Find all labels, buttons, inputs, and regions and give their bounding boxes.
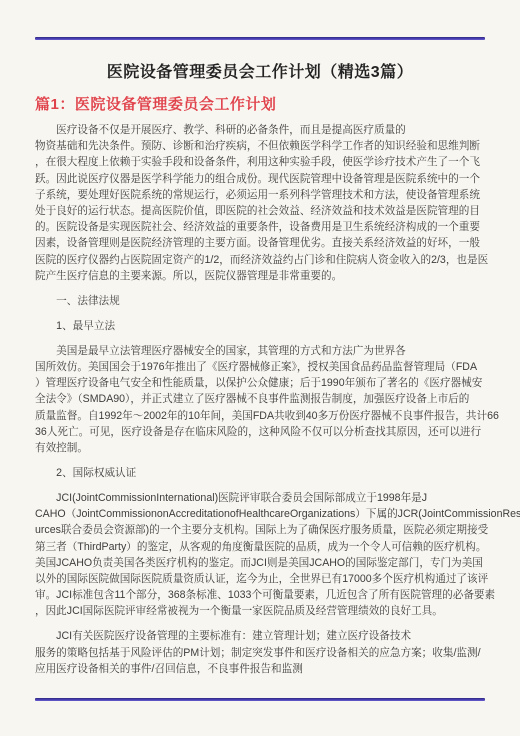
text-line: 质量监督。自1992年～2002年的10年间，美国FDA共收到40多万份医疗器械… [35, 408, 485, 424]
text-line: 国所效仿。美国国会于1976年推出了《医疗器械修正案》，授权美国食品药品监督管理… [35, 359, 485, 375]
text-line: 以外的国际医院做国际医院质量资质认证，迄今为止，全世界已有17000多个医疗机构… [35, 571, 485, 587]
top-divider [35, 37, 485, 40]
text-line: 一、法律法规 [35, 293, 485, 309]
text-line: 2、国际权威认证 [35, 465, 485, 481]
section-1-heading: 篇1：医院设备管理委员会工作计划 [35, 95, 485, 115]
paragraph: 1、最早立法 [35, 318, 485, 334]
document-page: 医院设备管理委员会工作计划（精选3篇） 篇1：医院设备管理委员会工作计划 医疗设… [0, 0, 520, 736]
text-line: 36人死亡。可见，医疗设备是存在临床风险的，这种风险不仅可以分析查找其原因，还可… [35, 424, 485, 440]
paragraph: 2、国际权威认证 [35, 465, 485, 481]
text-line: 应用医疗设备相关的事件/召回信息，不良事件报告和监测 [35, 661, 485, 677]
paragraph: JCI有关医院医疗设备管理的主要标准有：建立管理计划；建立医疗设备技术服务的策略… [35, 628, 485, 677]
text-line: 因素，设备管理则是医院经济管理的主要方面。设备管理优劣。直接关系经济效益的好坏，… [35, 235, 485, 251]
text-line: 有效控制。 [35, 440, 485, 456]
text-line: 美国是最早立法管理医疗器械安全的国家，其管理的方式和方法广为世界各 [35, 343, 485, 359]
text-line: ）管理医疗设备电气安全和性能质量，以保护公众健康；后于1990年颁布了著名的《医… [35, 375, 485, 391]
doc-title: 医院设备管理委员会工作计划（精选3篇） [35, 61, 485, 84]
text-line: 全法令》（SMDA90），并正式建立了医疗器械不良事件监测报告制度，加强医疗设备… [35, 391, 485, 407]
text-line: 的。医院设备是实现医院社会、经济效益的重要条件，设备费用是卫生系统经济构成的一个… [35, 219, 485, 235]
text-line: 服务的策略包括基于风险评估的PM计划；制定突发事件和医疗设备相关的应急方案；收集… [35, 645, 485, 661]
text-line: 美国JCAHO负责美国各类医疗机构的鉴定。而JCI则是美国JCAHO的国际鉴定部… [35, 555, 485, 571]
text-line: 第三者（ThirdParty）的鉴定，从客观的角度衡量医院的品质，成为一个令人可… [35, 539, 485, 555]
bottom-divider [35, 698, 485, 701]
text-line: 子系统，要处理好医院系统的常规运行，必须运用一系列科学管理技术和方法，使设备管理… [35, 187, 485, 203]
paragraph: 医疗设备不仅是开展医疗、教学、科研的必备条件，而且是提高医疗质量的物资基础和先决… [35, 122, 485, 284]
text-line: CAHO（JointCommissiononAccreditationofHea… [35, 506, 485, 522]
text-line: 医疗设备不仅是开展医疗、教学、科研的必备条件，而且是提高医疗质量的 [35, 122, 485, 138]
text-line: ，因此JCI国际医院评审经常被视为一个衡量一家医院品质及经营管理绩效的良好工具。 [35, 603, 485, 619]
text-line: 审。JCI标准包含11个部分，368条标准、1033个可衡量要素，几近包含了所有… [35, 587, 485, 603]
text-line: 跃。因此说医疗仪器是医学科学能力的组合成份。现代医院管理中设备管理是医院系统中的… [35, 171, 485, 187]
text-line: ，在很大程度上依赖于实验手段和设备条件，利用这种实验手段，使医学诊疗技术产生了一… [35, 154, 485, 170]
text-line: 处于良好的运行状态。提高医院价值，即医院的社会效益、经济效益和技术效益是医院管理… [35, 203, 485, 219]
paragraph: JCI(JointCommissionInternational)医院评审联合委… [35, 490, 485, 620]
text-line: JCI(JointCommissionInternational)医院评审联合委… [35, 490, 485, 506]
paragraph: 一、法律法规 [35, 293, 485, 309]
text-line: 1、最早立法 [35, 318, 485, 334]
article-body: 医疗设备不仅是开展医疗、教学、科研的必备条件，而且是提高医疗质量的物资基础和先决… [35, 122, 485, 677]
paragraph: 美国是最早立法管理医疗器械安全的国家，其管理的方式和方法广为世界各国所效仿。美国… [35, 343, 485, 456]
text-line: 院产生医疗信息的主要来源。所以，医院仪器管理是非常重要的。 [35, 268, 485, 284]
text-line: 物资基础和先决条件。预防、诊断和治疗疾病，不但依赖医学科学工作者的知识经验和思维… [35, 138, 485, 154]
text-line: urces联合委员会资源部)的一个主要分支机构。国际上为了确保医疗服务质量，医院… [35, 522, 485, 538]
text-line: JCI有关医院医疗设备管理的主要标准有：建立管理计划；建立医疗设备技术 [35, 628, 485, 644]
text-line: 医院的医疗仪器约占医院固定资产的1/2，而经济效益约占门诊和住院病人资金收入的2… [35, 252, 485, 268]
